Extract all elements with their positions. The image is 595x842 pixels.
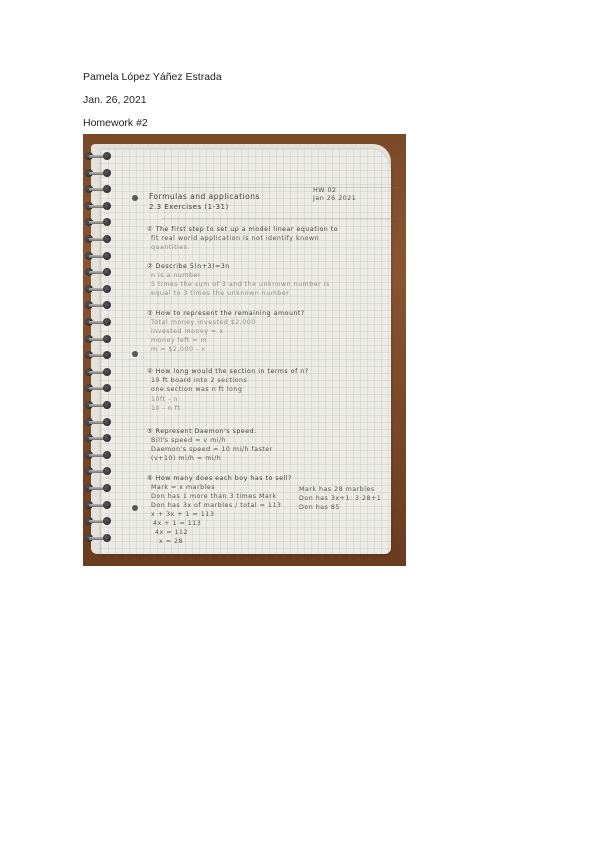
spiral-coil [85, 434, 113, 443]
q6-line: 4x = 112 [155, 529, 188, 537]
notebook-page: Formulas and applications 2.3 Exercises … [101, 149, 391, 554]
spiral-coil [85, 418, 113, 427]
q5-line: (v+10) mi/h = mi/h [151, 455, 221, 463]
q2-line: ② Describe 5(n+3)=3n [147, 263, 230, 271]
q3-line: money left = m [151, 337, 207, 345]
q3-line: Total money invested $2,000 [151, 319, 256, 327]
spiral-coil [85, 517, 113, 526]
spiral-binding [85, 152, 115, 552]
q3-line: invested money = x [151, 328, 224, 336]
spiral-coil [85, 268, 113, 277]
q5-line: ⑤ Represent Daemon's speed. [147, 428, 257, 436]
spiral-coil [85, 218, 113, 227]
spiral-coil [85, 467, 113, 476]
punch-hole [132, 195, 138, 201]
q5-line: Daemon's speed = 10 mi/h faster [151, 446, 273, 454]
q4-line: 10 - n ft [151, 405, 180, 413]
spiral-coil [85, 534, 113, 543]
q4-line: one section was n ft long [151, 386, 242, 394]
spiral-coil [85, 235, 113, 244]
spiral-coil [85, 401, 113, 410]
spiral-coil [85, 335, 113, 344]
spiral-coil [85, 351, 113, 360]
q1-line: fit real world application is not identi… [151, 235, 319, 243]
notes-title: Formulas and applications [149, 193, 260, 201]
spiral-coil [85, 318, 113, 327]
notebook-photo: Formulas and applications 2.3 Exercises … [83, 134, 406, 566]
student-name: Pamela López Yáñez Estrada [83, 71, 222, 83]
spiral-coil [85, 202, 113, 211]
notes-corner-date: Jan 26 2021 [313, 195, 356, 203]
spiral-coil [85, 185, 113, 194]
spiral-coil [85, 501, 113, 510]
q4-line: 10ft - n [151, 396, 178, 404]
q6-line: 4x + 1 = 113 [153, 520, 201, 528]
punch-hole [132, 505, 138, 511]
q1-line: ① The first step to set up a model linea… [147, 226, 338, 234]
punch-hole [132, 351, 138, 357]
spiral-coil [85, 169, 113, 178]
q3-line: m = $2,000 - x [151, 346, 205, 354]
notes-subtitle: 2.3 Exercises (1-31) [149, 203, 229, 211]
q2-line: equal to 3 times the unknown number. [151, 290, 291, 298]
q6-right-line: Don has 85 [299, 504, 340, 512]
spiral-coil [85, 301, 113, 310]
assignment-title: Homework #2 [83, 117, 148, 129]
spiral-coil [85, 285, 113, 294]
q5-line: Bill's speed = v mi/h [151, 437, 226, 445]
q6-line: x = 28 [159, 538, 183, 546]
q6-line: Mark = x marbles [151, 484, 215, 492]
q3-line: ③ How to represent the remaining amount? [147, 310, 305, 318]
q6-right-line: Mark has 28 marbles [299, 486, 375, 494]
q2-line: 5 times the sum of 3 and the unknown num… [151, 281, 330, 289]
spiral-coil [85, 384, 113, 393]
spiral-coil [85, 451, 113, 460]
q6-right-line: Don has 3x+1: 3·28+1 [299, 495, 381, 503]
spiral-coil [85, 368, 113, 377]
q6-line: ⑥ How many does each boy has to sell? [147, 475, 292, 483]
notes-corner-hw: HW 02 [313, 187, 336, 195]
submission-date: Jan. 26, 2021 [83, 94, 147, 106]
q6-line: Don has 3x of marbles / total = 113 [151, 502, 281, 510]
q2-line: n is a number [151, 272, 201, 280]
spiral-coil [85, 484, 113, 493]
q4-line: ④ How long would the section in terms of… [147, 368, 309, 376]
spiral-coil [85, 252, 113, 261]
q6-line: x + 3x + 1 = 113 [151, 511, 214, 519]
spiral-coil [85, 152, 113, 161]
q1-line: quantities. [151, 244, 190, 252]
q4-line: 10 ft board into 2 sections [151, 377, 247, 385]
q6-line: Don has 1 more than 3 times Mark [151, 493, 277, 501]
